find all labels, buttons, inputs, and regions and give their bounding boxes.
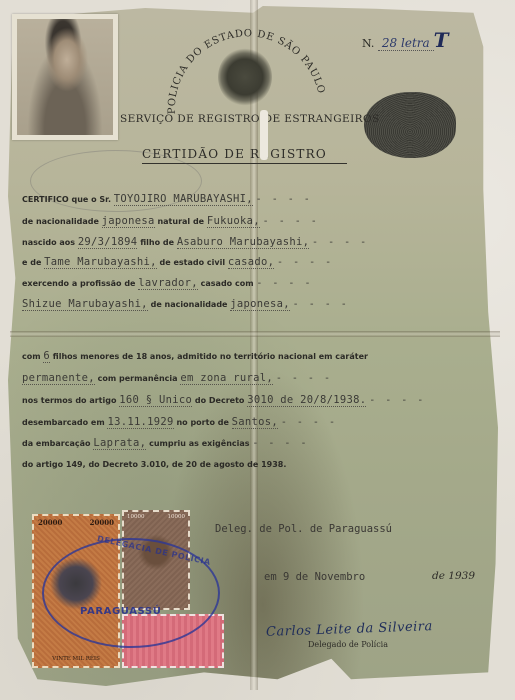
field-label: cumpriu as exigências [149, 439, 249, 448]
issue-date: em 9 de Novembro [264, 571, 365, 583]
horizontal-fold [10, 331, 500, 337]
field-value: 13.11.1929 [107, 416, 173, 429]
field-row: nos termos do artigo 160 § Unico do Decr… [22, 394, 425, 407]
issue-month: Novembro [315, 571, 366, 583]
field-value: Santos, [232, 416, 278, 429]
field-row: exercendo a profissão de lavrador, casad… [22, 277, 313, 290]
field-row: Shizue Marubayashi, de nacionalidade jap… [22, 298, 349, 311]
paper-tear [260, 110, 268, 160]
field-label: com permanência [98, 374, 178, 383]
field-row: do artigo 149, do Decreto 3.010, de 20 d… [22, 459, 286, 470]
field-label: filho de [140, 238, 174, 247]
field-value: Asaburo Marubayashi, [177, 236, 309, 249]
field-value: TOYOJIRO MARUBAYASHI, [114, 193, 253, 206]
filler-dashes: - - - - [276, 373, 332, 384]
field-label: filhos menores de 18 anos, admitido no t… [53, 352, 368, 361]
field-value: 160 § Unico [119, 394, 192, 407]
filler-dashes: - - - - [277, 257, 333, 268]
number-label: N. [362, 37, 374, 50]
field-value: Laprata, [93, 437, 146, 450]
portrait-photo [12, 14, 118, 140]
field-label: casado com [201, 279, 254, 288]
field-row: permanente, com permanência em zona rura… [22, 372, 332, 385]
field-value: lavrador, [138, 277, 198, 290]
field-value: Fukuoka, [207, 215, 260, 228]
field-label: do Decreto [195, 396, 245, 405]
field-label: de estado civil [160, 258, 226, 267]
issuing-office: Deleg. de Pol. de Paraguassú [215, 523, 392, 535]
year-suffix: 39 [462, 570, 475, 582]
portrait-image [17, 19, 113, 135]
signer-title: Delegado de Polícia [308, 640, 388, 649]
stamp-value: 20000 [38, 518, 62, 527]
field-label: com [22, 352, 41, 361]
field-value: permanente, [22, 372, 95, 385]
fingerprint-impression [364, 92, 456, 158]
stamp-value: 10000 [127, 514, 145, 520]
field-label: no porto de [176, 418, 228, 427]
field-row: e de Tame Marubayashi, de estado civil c… [22, 256, 333, 269]
field-label: natural de [157, 217, 204, 226]
field-row: nascido aos 29/3/1894 filho de Asaburo M… [22, 236, 368, 249]
field-value: 3010 de 20/8/1938. [247, 394, 366, 407]
stamp-footer: VINTE MIL RÉIS [34, 657, 118, 663]
field-value: Shizue Marubayashi, [22, 298, 148, 311]
registration-number: N. 28 letraT [362, 28, 449, 52]
field-row: de nacionalidade japonesa natural de Fuk… [22, 215, 319, 228]
field-value: casado, [228, 256, 274, 269]
police-seal: DELEGACIA DE POLICIA PARAGUASSÚ [42, 538, 220, 648]
field-row: com 6 filhos menores de 18 anos, admitid… [22, 350, 368, 363]
year-prefix: de 19 [432, 570, 462, 582]
field-row: desembarcado em 13.11.1929 no porto de S… [22, 416, 337, 429]
field-value: Tame Marubayashi, [44, 256, 157, 269]
stamp-value: 20000 [90, 518, 114, 527]
seal-city: PARAGUASSÚ [80, 606, 161, 617]
filler-dashes: - - - - [263, 216, 319, 227]
filler-dashes: - - - - [293, 299, 349, 310]
field-row: CERTIFICO que o Sr. TOYOJIRO MARUBAYASHI… [22, 193, 312, 206]
field-row: da embarcação Laprata, cumpriu as exigên… [22, 437, 309, 450]
field-label: de nacionalidade [151, 300, 228, 309]
field-value: japonesa, [230, 298, 290, 311]
field-label: nos termos do artigo [22, 396, 116, 405]
filler-dashes: - - - - [281, 417, 337, 428]
filler-dashes: - - - - [312, 237, 368, 248]
revenue-stamps: 20000 20000 VINTE MIL RÉIS 10000 10000 D… [30, 510, 230, 670]
filler-dashes: - - - - [369, 395, 425, 406]
field-value: 29/3/1894 [78, 236, 138, 249]
field-label: de nacionalidade [22, 217, 99, 226]
field-value: em zona rural, [180, 372, 273, 385]
field-label: CERTIFICO que o Sr. [22, 195, 111, 204]
number-letter: T [434, 28, 449, 52]
stamp-value: 10000 [168, 514, 186, 520]
field-label: desembarcado em [22, 418, 105, 427]
field-value: 6 [43, 350, 50, 363]
field-label: e de [22, 258, 41, 267]
date-prefix: em 9 de [264, 571, 308, 583]
field-label: do artigo 149, do Decreto 3.010, de 20 d… [22, 460, 286, 469]
field-label: exercendo a profissão de [22, 279, 135, 288]
service-heading: SERVIÇO DE REGISTRO DE ESTRANGEIROS [120, 113, 380, 125]
number-value: 28 letra [378, 36, 434, 51]
issue-year: de 1939 [432, 570, 475, 582]
filler-dashes: - - - - [252, 438, 308, 449]
filler-dashes: - - - - [256, 278, 312, 289]
seal-arc-text: DELEGACIA DE POLICIA [96, 534, 211, 567]
field-value: japonesa [102, 215, 155, 228]
coat-of-arms-emblem [218, 48, 272, 106]
field-label: da embarcação [22, 439, 91, 448]
field-label: nascido aos [22, 238, 75, 247]
filler-dashes: - - - - [256, 194, 312, 205]
